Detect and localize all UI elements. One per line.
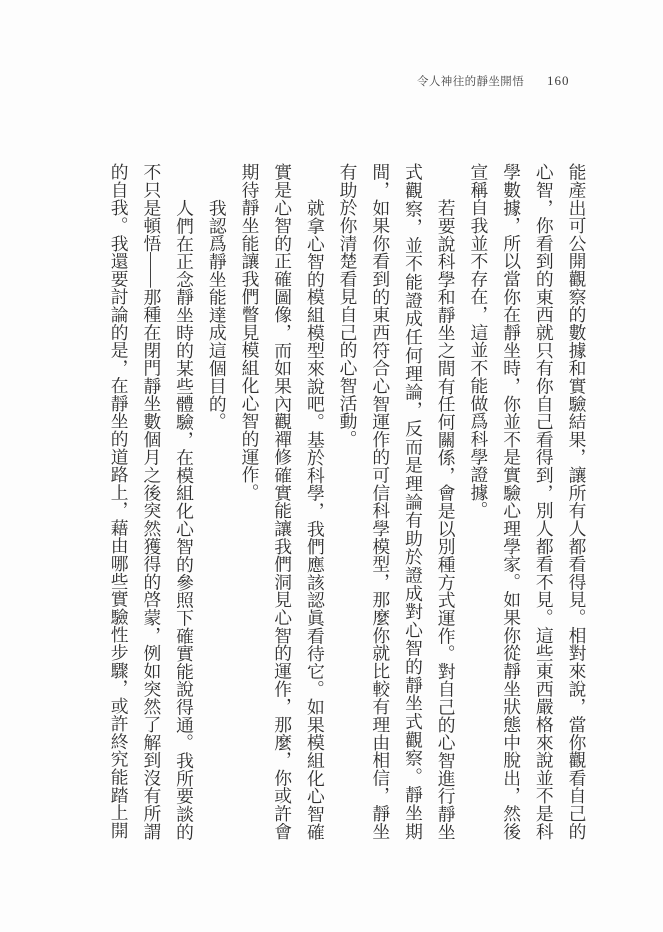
body-paragraph-2: 若要說科學和靜坐之間有任何關係，會是以別種方式運作。對自己的心智進行靜坐式觀察，… [331,163,462,840]
page-body-text: 能產出可公開觀察的數據和實驗結果，讓所有人都看得見。相對來說，當你觀看自己的心智… [97,163,593,840]
body-paragraph-4: 我認爲靜坐能達成這個目的。 [201,163,234,840]
body-paragraph-1: 能產出可公開觀察的數據和實驗結果，讓所有人都看得見。相對來說，當你觀看自己的心智… [462,163,593,840]
book-page: 令人神往的靜坐開悟 160 能產出可公開觀察的數據和實驗結果，讓所有人都看得見。… [0,0,663,932]
running-header: 令人神往的靜坐開悟 160 [0,73,663,93]
chapter-title: 令人神往的靜坐開悟 [417,73,524,89]
page-number: 160 [547,73,570,89]
body-paragraph-5: 人們在正念靜坐時的某些體驗，在模組化心智的參照下確實能說得通。我所要談的不只是頓… [102,163,200,840]
body-paragraph-3: 就拿心智的模組模型來說吧。基於科學，我們應該認眞看待它。如果模組化心智確實是心智… [233,163,331,840]
